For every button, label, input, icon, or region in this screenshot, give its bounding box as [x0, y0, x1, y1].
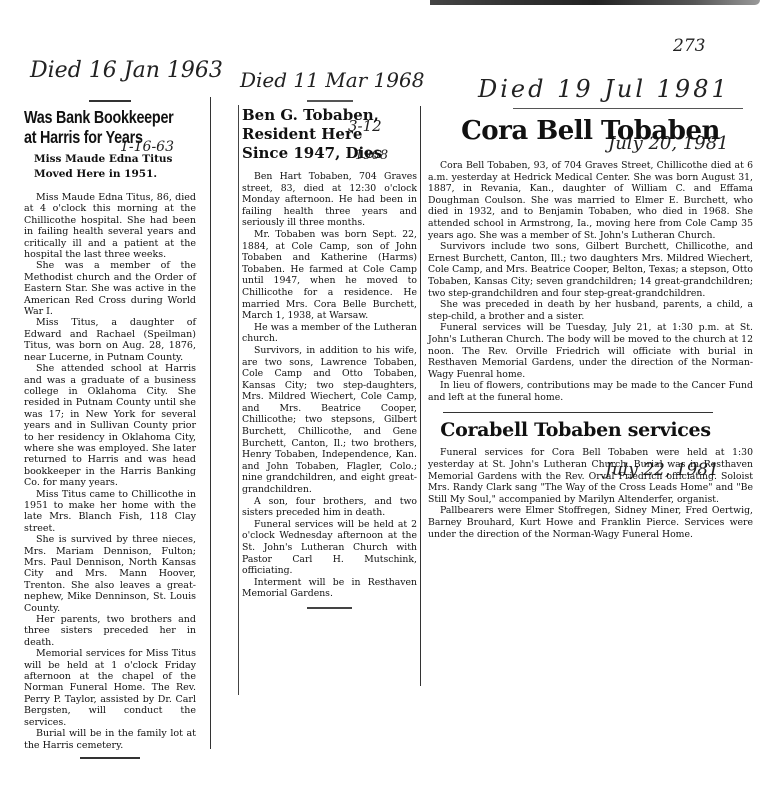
article-body-titus: Miss Maude Edna Titus, 86, died at 4 o'c…: [24, 192, 196, 751]
paragraph: She was a member of the Methodist church…: [24, 260, 196, 317]
paragraph: Ben Hart Tobaben, 704 Graves street, 83,…: [242, 171, 417, 229]
column-divider: [420, 106, 421, 686]
paragraph: Funeral services will be held at 2 o'clo…: [242, 519, 417, 577]
scan-edge-shadow: [430, 0, 760, 5]
paragraph: A son, four brothers, and two sisters pr…: [242, 496, 417, 519]
rule: [513, 108, 743, 109]
paragraph: Burial will be in the family lot at the …: [24, 728, 196, 751]
headline-line: at Harris for Years: [24, 127, 165, 147]
clipping-ben: Ben G. Tobaben, Resident Here Since 1947…: [242, 100, 417, 609]
rule: [307, 100, 353, 102]
paragraph: Miss Titus came to Chillicothe in 1951 t…: [24, 489, 196, 535]
paragraph: She is survived by three nieces, Mrs. Ma…: [24, 534, 196, 614]
article-body-ben: Ben Hart Tobaben, 704 Graves street, 83,…: [242, 171, 417, 600]
headline-titus: Was Bank Bookkeeper at Harris for Years: [24, 107, 165, 147]
paragraph: Miss Maude Edna Titus, 86, died at 4 o'c…: [24, 192, 196, 260]
column-divider: [210, 97, 211, 749]
paragraph: In lieu of flowers, contributions may be…: [428, 380, 753, 403]
paragraph: Cora Bell Tobaben, 93, of 704 Graves Str…: [428, 160, 753, 241]
paragraph: Memorial services for Miss Titus will be…: [24, 648, 196, 728]
paragraph: Her parents, two brothers and three sist…: [24, 614, 196, 648]
headline-services: Corabell Tobaben services: [428, 417, 753, 443]
article-body-cora: Cora Bell Tobaben, 93, of 704 Graves Str…: [428, 160, 753, 403]
clipping-titus: Was Bank Bookkeeper at Harris for Years …: [24, 100, 196, 759]
handwritten-date-cora: Died 19 Jul 1981: [478, 75, 730, 103]
headline-line: Ben G. Tobaben,: [242, 106, 417, 125]
handwritten-date-ben: Died 11 Mar 1968: [240, 68, 424, 92]
paragraph: Miss Titus, a daughter of Edward and Rac…: [24, 317, 196, 363]
paragraph: He was a member of the Lutheran church.: [242, 322, 417, 345]
headline-line: Resident Here: [242, 125, 417, 144]
paragraph: She was preceded in death by her husband…: [428, 299, 753, 322]
subhead-titus: Miss Maude Edna Titus Moved Here in 1951…: [34, 152, 196, 182]
end-rule: [307, 607, 352, 609]
rule: [89, 100, 131, 102]
paragraph: She attended school at Harris and was a …: [24, 363, 196, 488]
end-rule: [80, 757, 140, 759]
headline-ben: Ben G. Tobaben, Resident Here Since 1947…: [242, 106, 417, 163]
paragraph: Pallbearers were Elmer Stoffregen, Sidne…: [428, 505, 753, 540]
subhead-line: Moved Here in 1951.: [34, 167, 196, 182]
paragraph: Funeral services will be Tuesday, July 2…: [428, 322, 753, 380]
headline-cora: Cora Bell Tobaben: [428, 115, 753, 147]
handwritten-date-titus: Died 16 Jan 1963: [30, 58, 223, 83]
subhead-line: Miss Maude Edna Titus: [34, 152, 196, 167]
paragraph: Survivors, in addition to his wife, are …: [242, 345, 417, 496]
paragraph: Interment will be in Resthaven Memorial …: [242, 577, 417, 600]
column-divider: [238, 105, 239, 695]
clipping-cora: Cora Bell Tobaben Cora Bell Tobaben, 93,…: [428, 108, 753, 540]
headline-line: Was Bank Bookkeeper: [24, 107, 165, 127]
paragraph: Mr. Tobaben was born Sept. 22, 1884, at …: [242, 229, 417, 322]
paragraph: Funeral services for Cora Bell Tobaben w…: [428, 447, 753, 505]
article-body-services: Funeral services for Cora Bell Tobaben w…: [428, 447, 753, 540]
paragraph: Survivors include two sons, Gilbert Burc…: [428, 241, 753, 299]
handwritten-page-number: 273: [673, 36, 705, 56]
headline-line: Since 1947, Dies: [242, 144, 417, 163]
article-separator: [443, 412, 713, 413]
